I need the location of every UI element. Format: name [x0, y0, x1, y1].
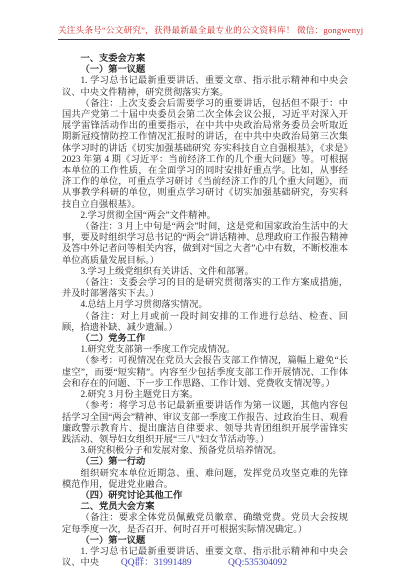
paragraph: 1.研究党支部第一季度工作完成情况。: [62, 345, 348, 356]
paragraph: （备注：支委会学习的目的是研究贯彻落实的工作方案成措施，并及时部署落实下去。）: [62, 278, 348, 300]
promo-footer: QQ群：31991489 QQ:535304092: [0, 554, 408, 568]
paragraph: 组织研究本单位近期急、重、难问题，发挥党员攻坚克难的先锋模范作用，促进党业融合。: [62, 469, 348, 491]
promo-header-banner: 关注头条号“公文研究”，获得最新最全最专业的公文资料库！ 微信：gongweny…: [58, 24, 350, 40]
paragraph: 2.研究 3 月份主题党日方案。: [62, 390, 348, 401]
qq-group-number: QQ群：31991489: [121, 554, 192, 568]
section-heading: （二）党务工作: [62, 334, 348, 345]
document-body: 一、支委会方案（一）第一议题1. 学习总书记最新重要讲话、重要文章、指示批示精神…: [62, 54, 348, 569]
paragraph: 3.学习上级党组织有关讲话、文件和部署。: [62, 267, 348, 278]
section-heading: 一、支委会方案: [62, 54, 348, 65]
paragraph: 2.学习贯彻全国“两会”文件精神。: [62, 211, 348, 222]
section-heading: （四）研究讨论其他工作: [62, 491, 348, 502]
paragraph: 4.总结上月学习贯彻落实情况。: [62, 300, 348, 311]
qq-number: QQ:535304092: [228, 558, 287, 568]
paragraph: 1. 学习总书记最新重要讲话、重要文章、指示批示精神和中央会议、中央文件精神，研…: [62, 76, 348, 98]
section-heading: （三）第一行动: [62, 457, 348, 468]
section-heading: 二、党员大会方案: [62, 502, 348, 513]
paragraph: （备注：对上月或前一段时间安排的工作进行总结、检查、回顾，拾遗补缺、减少遗漏。）: [62, 312, 348, 334]
section-heading: （一）第一议题: [62, 536, 348, 547]
paragraph: （备注：3 月上中旬是“两会”时间，这是党和国家政治生活中的大事，要及时组织学习…: [62, 222, 348, 267]
document-page: 关注头条号“公文研究”，获得最新最全最专业的公文资料库！ 微信：gongweny…: [0, 0, 408, 580]
paragraph: （备注：上次支委会后需要学习的重要讲话，包括但不限于：中国共产党第二十届中央委员…: [62, 99, 348, 211]
paragraph: （参考：将学习总书记最新重要讲话作为第一议题，其他内容包括学习全国“两会”精神、…: [62, 401, 348, 446]
paragraph: （备注：要求全体党员佩戴党员徽章、确缴党费。党员大会按规定每季度一次，是否召开、…: [62, 513, 348, 535]
section-heading: （一）第一议题: [62, 65, 348, 76]
paragraph: 3.研究积极分子和发展对象、预备党员培养情况。: [62, 446, 348, 457]
paragraph: （参考：可视情况在党员大会报告支部工作情况，篇幅上避免“长虚空”，而要“短实精”…: [62, 356, 348, 390]
